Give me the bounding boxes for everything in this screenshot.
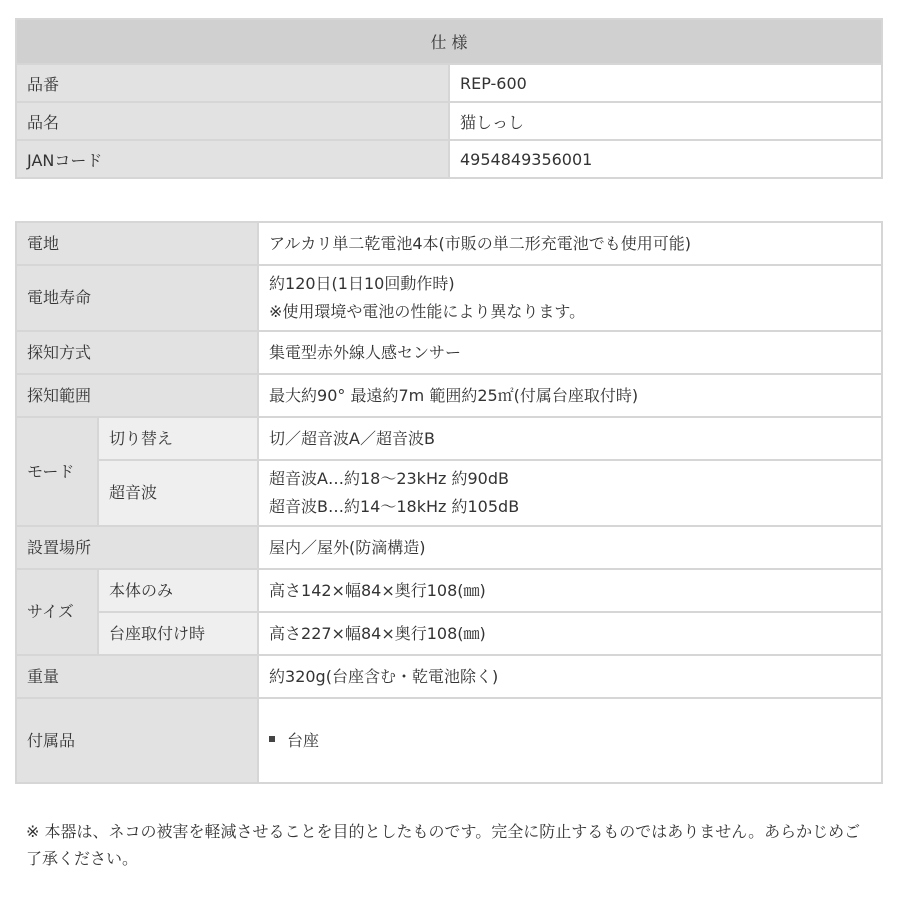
- row-label: 探知範囲: [16, 374, 258, 417]
- row-value: 超音波A…約18～23kHz 約90dB超音波B…約14～18kHz 約105d…: [258, 460, 882, 526]
- row-value: アルカリ単二乾電池4本(市販の単二形充電池でも使用可能): [258, 222, 882, 265]
- spec-detail-table: 電地 アルカリ単二乾電池4本(市販の単二形充電池でも使用可能) 電地寿命 約12…: [15, 221, 883, 784]
- table-row: 探知範囲 最大約90° 最遠約7m 範囲約25㎡(付属台座取付時): [16, 374, 882, 417]
- table-row: 電地 アルカリ単二乾電池4本(市販の単二形充電池でも使用可能): [16, 222, 882, 265]
- row-value: 約120日(1日10回動作時)※使用環境や電池の性能により異なります。: [258, 265, 882, 331]
- spec-basic-table: 仕 様 品番 REP-600 品名 猫しっし JANコード 4954849356…: [15, 18, 883, 179]
- spec-header: 仕 様: [16, 19, 882, 64]
- table-row: 設置場所 屋内／屋外(防滴構造): [16, 526, 882, 569]
- row-value: 集電型赤外線人感センサー: [258, 331, 882, 374]
- row-label: JANコード: [16, 140, 449, 178]
- table-row: JANコード 4954849356001: [16, 140, 882, 178]
- row-label: 品番: [16, 64, 449, 102]
- row-sublabel: 切り替え: [98, 417, 258, 460]
- row-label: 品名: [16, 102, 449, 140]
- accessory-item: 台座: [287, 731, 319, 750]
- table-row: サイズ 本体のみ 高さ142×幅84×奥行108(㎜): [16, 569, 882, 612]
- row-value: 4954849356001: [449, 140, 882, 178]
- table-row: 品番 REP-600: [16, 64, 882, 102]
- table-row: モード 切り替え 切／超音波A／超音波B: [16, 417, 882, 460]
- table-row: 探知方式 集電型赤外線人感センサー: [16, 331, 882, 374]
- row-label: 付属品: [16, 698, 258, 783]
- row-label: 電地: [16, 222, 258, 265]
- row-label: 設置場所: [16, 526, 258, 569]
- table-row: 電地寿命 約120日(1日10回動作時)※使用環境や電池の性能により異なります。: [16, 265, 882, 331]
- row-value: 最大約90° 最遠約7m 範囲約25㎡(付属台座取付時): [258, 374, 882, 417]
- table-row: 超音波 超音波A…約18～23kHz 約90dB超音波B…約14～18kHz 約…: [16, 460, 882, 526]
- row-value: 台座: [258, 698, 882, 783]
- row-value: 猫しっし: [449, 102, 882, 140]
- value-line: ※使用環境や電池の性能により異なります。: [269, 298, 871, 326]
- row-sublabel: 超音波: [98, 460, 258, 526]
- row-label: サイズ: [16, 569, 98, 655]
- row-value: REP-600: [449, 64, 882, 102]
- row-label: 重量: [16, 655, 258, 698]
- row-sublabel: 台座取付け時: [98, 612, 258, 655]
- row-value: 高さ142×幅84×奥行108(㎜): [258, 569, 882, 612]
- row-value: 切／超音波A／超音波B: [258, 417, 882, 460]
- row-sublabel: 本体のみ: [98, 569, 258, 612]
- value-line: 超音波A…約18～23kHz 約90dB: [269, 465, 871, 493]
- table-row: 重量 約320g(台座含む・乾電池除く): [16, 655, 882, 698]
- row-value: 約320g(台座含む・乾電池除く): [258, 655, 882, 698]
- row-value: 高さ227×幅84×奥行108(㎜): [258, 612, 882, 655]
- disclaimer-note: ※ 本器は、ネコの被害を軽減させることを目的としたものです。完全に防止するもので…: [26, 818, 876, 872]
- row-label: 電地寿命: [16, 265, 258, 331]
- bullet-icon: [269, 736, 275, 742]
- table-row: 付属品 台座: [16, 698, 882, 783]
- table-row: 品名 猫しっし: [16, 102, 882, 140]
- row-value: 屋内／屋外(防滴構造): [258, 526, 882, 569]
- row-label: モード: [16, 417, 98, 526]
- row-label: 探知方式: [16, 331, 258, 374]
- value-line: 約120日(1日10回動作時): [269, 270, 871, 298]
- value-line: 超音波B…約14～18kHz 約105dB: [269, 493, 871, 521]
- table-row: 台座取付け時 高さ227×幅84×奥行108(㎜): [16, 612, 882, 655]
